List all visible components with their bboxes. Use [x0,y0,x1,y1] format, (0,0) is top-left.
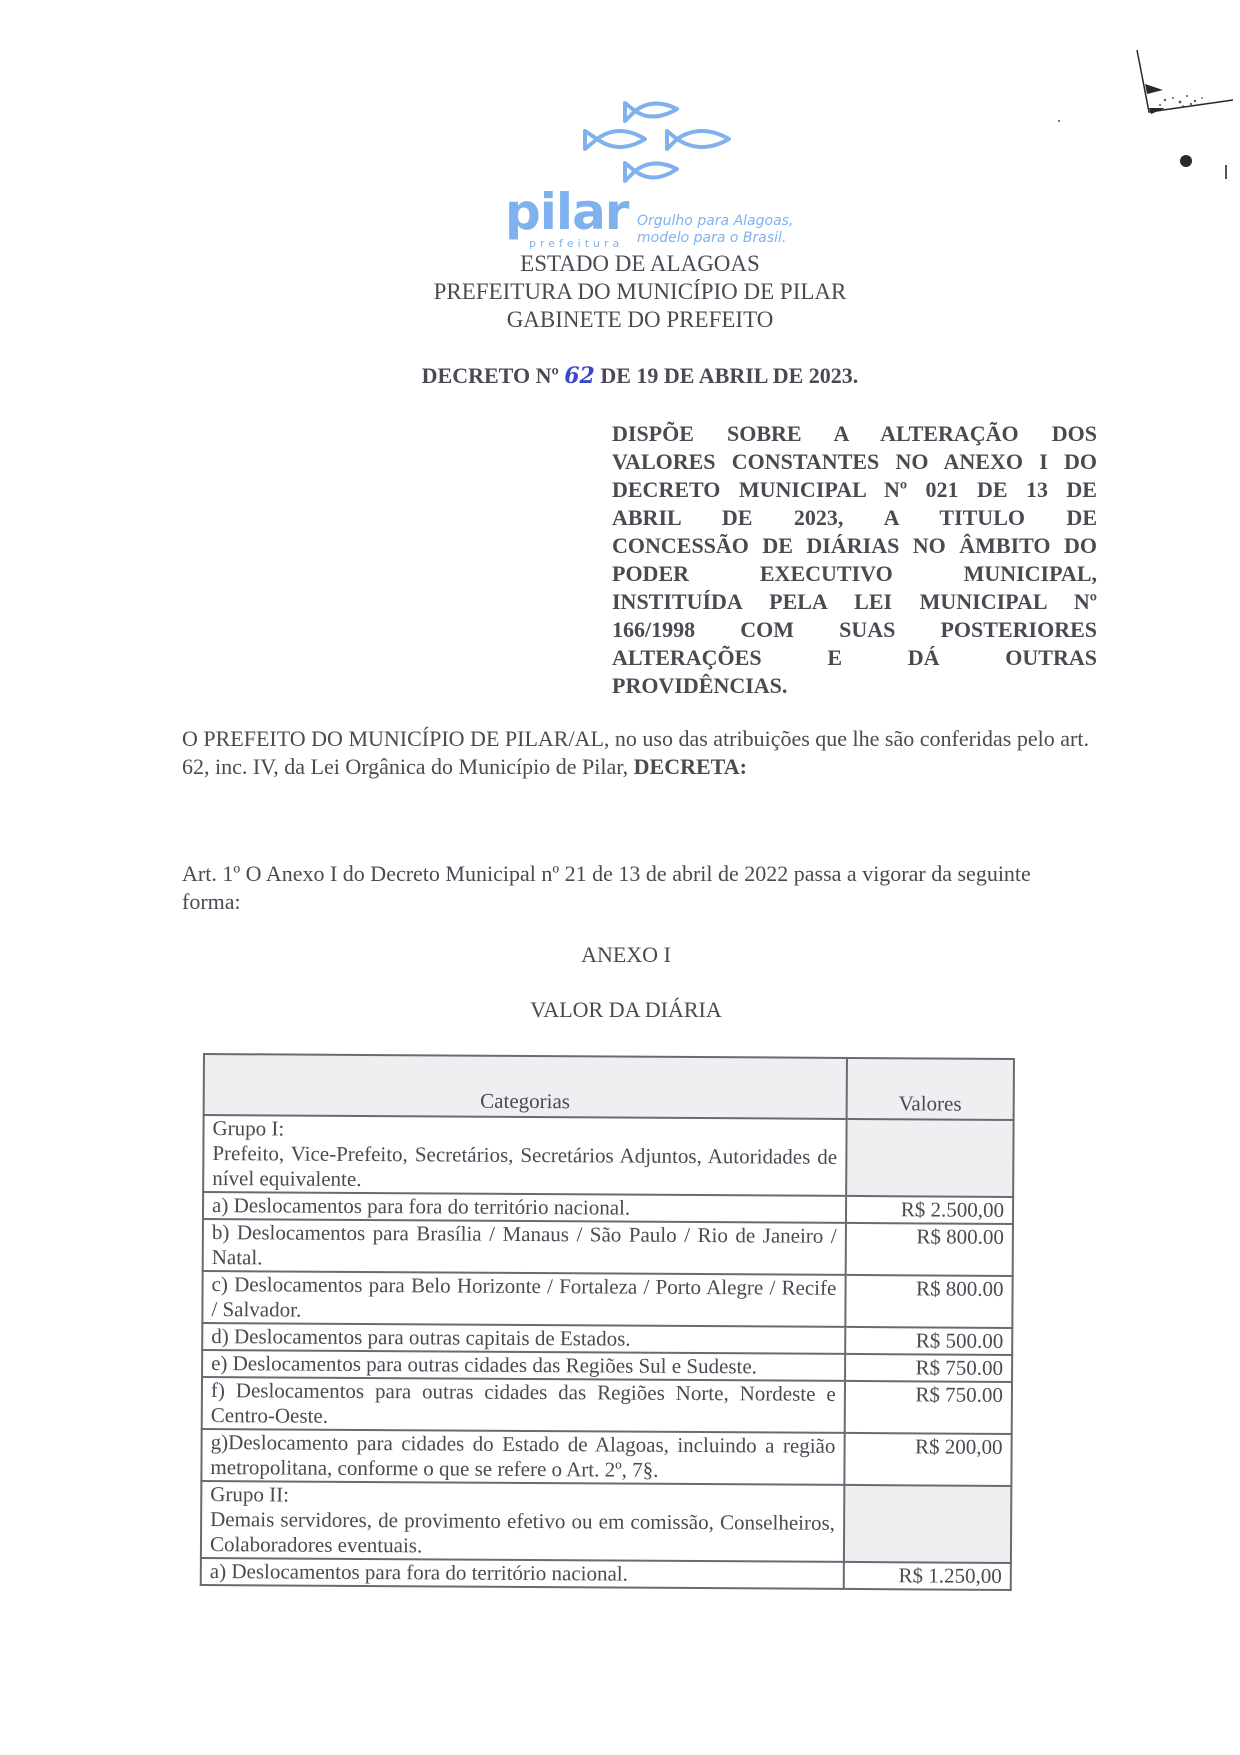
category-cell: d) Deslocamentos para outras capitais de… [202,1323,845,1354]
header-state: ESTADO DE ALAGOAS [40,250,1240,278]
table-row: b) Deslocamentos para Brasília / Manaus … [203,1219,1013,1276]
value-cell: R$ 2.500,00 [846,1196,1013,1224]
group-value-cell [844,1485,1012,1563]
summary-line: VALORES CONSTANTES NO ANEXO I DO [612,448,1097,476]
summary-line: DISPÕE SOBRE A ALTERAÇÃO DOS [612,420,1097,448]
header-office: GABINETE DO PREFEITO [40,306,1240,334]
category-cell: g)Deslocamento para cidades do Estado de… [201,1429,844,1485]
group-title: Grupo II: [210,1482,835,1511]
category-cell: b) Deslocamentos para Brasília / Manaus … [203,1219,846,1275]
value-cell: R$ 750.00 [845,1354,1012,1382]
summary-line: PODER EXECUTIVO MUNICIPAL, [612,560,1097,588]
header-values: Valores [846,1058,1014,1120]
value-cell: R$ 800.00 [845,1223,1013,1276]
group-value-cell [846,1119,1014,1197]
summary-line: PROVIDÊNCIAS. [612,672,1097,700]
logo-wordmark: pilar [505,187,628,237]
document-header: ESTADO DE ALAGOAS PREFEITURA DO MUNICÍPI… [0,250,1240,334]
decree-suffix: DE 19 DE ABRIL DE 2023. [595,363,858,388]
group-label-cell: Grupo II:Demais servidores, de proviment… [201,1481,844,1562]
annex-subtitle: VALOR DA DIÁRIA [12,997,1240,1023]
table-group-row: Grupo I:Prefeito, Vice-Prefeito, Secretá… [203,1115,1013,1197]
fish-icon [583,99,743,185]
value-cell: R$ 750.00 [844,1381,1012,1434]
decree-title: DECRETO Nº 62 DE 19 DE ABRIL DE 2023. [40,363,1240,389]
preamble-paragraph: O PREFEITO DO MUNICÍPIO DE PILAR/AL, no … [182,725,1100,781]
table-header-row: Categorias Valores [204,1054,1014,1120]
summary-line: INSTITUÍDA PELA LEI MUNICIPAL Nº [612,588,1097,616]
value-cell: R$ 800.00 [845,1275,1013,1328]
category-cell: e) Deslocamentos para outras cidades das… [202,1350,845,1381]
table-group-row: Grupo II:Demais servidores, de proviment… [201,1481,1011,1563]
annex-title: ANEXO I [12,942,1240,968]
document-page: pilar prefeitura Orgulho para Alagoas, m… [0,0,1240,1755]
summary-line: ABRIL DE 2023, A TITULO DE [612,504,1097,532]
value-cell: R$ 500.00 [845,1327,1012,1355]
pilar-logo: pilar prefeitura Orgulho para Alagoas, m… [505,95,825,250]
group-description: Prefeito, Vice-Prefeito, Secretários, Se… [212,1141,837,1195]
summary-line: 166/1998 COM SUAS POSTERIORES [612,616,1097,644]
group-title: Grupo I: [212,1116,837,1145]
logo-tagline: Orgulho para Alagoas, modelo para o Bras… [637,213,827,247]
per-diem-values-table: Categorias Valores Grupo I:Prefeito, Vic… [200,1053,1015,1591]
group-description: Demais servidores, de provimento efetivo… [210,1507,835,1561]
table-row: g)Deslocamento para cidades do Estado de… [201,1429,1011,1486]
category-cell: f) Deslocamentos para outras cidades das… [202,1377,845,1433]
summary-line: DECRETO MUNICIPAL Nº 021 DE 13 DE [612,476,1097,504]
preamble-decreta: DECRETA: [634,754,747,779]
group-label-cell: Grupo I:Prefeito, Vice-Prefeito, Secretá… [203,1115,846,1196]
table-row: c) Deslocamentos para Belo Horizonte / F… [202,1271,1012,1328]
scan-tick [1225,165,1227,179]
logo-tagline-line1: Orgulho para Alagoas, [637,213,827,230]
summary-line: CONCESSÃO DE DIÁRIAS NO ÂMBITO DO [612,532,1097,560]
value-cell: R$ 1.250,00 [844,1562,1011,1590]
scan-corner-mark [1135,48,1235,128]
table-row: a) Deslocamentos para fora do território… [201,1558,1011,1590]
scan-dot [1180,155,1192,167]
header-categories: Categorias [204,1054,847,1119]
summary-line: ALTERAÇÕES E DÁ OUTRAS [612,644,1097,672]
scan-speck [1058,120,1060,122]
decree-summary: DISPÕE SOBRE A ALTERAÇÃO DOS VALORES CON… [612,420,1097,700]
value-cell: R$ 200,00 [844,1433,1012,1486]
category-cell: c) Deslocamentos para Belo Horizonte / F… [202,1271,845,1327]
header-municipality: PREFEITURA DO MUNICÍPIO DE PILAR [40,278,1240,306]
decree-prefix: DECRETO Nº [422,363,565,388]
logo-tagline-line2: modelo para o Brasil. [637,230,827,247]
category-cell: a) Deslocamentos para fora do território… [201,1558,844,1589]
category-cell: a) Deslocamentos para fora do território… [203,1192,846,1223]
article-1: Art. 1º O Anexo I do Decreto Municipal n… [182,860,1082,916]
table-row: f) Deslocamentos para outras cidades das… [202,1377,1012,1434]
decree-number-handwritten: 62 [564,363,595,389]
logo-subtitle: prefeitura [529,237,623,250]
table-body: Grupo I:Prefeito, Vice-Prefeito, Secretá… [201,1115,1014,1590]
